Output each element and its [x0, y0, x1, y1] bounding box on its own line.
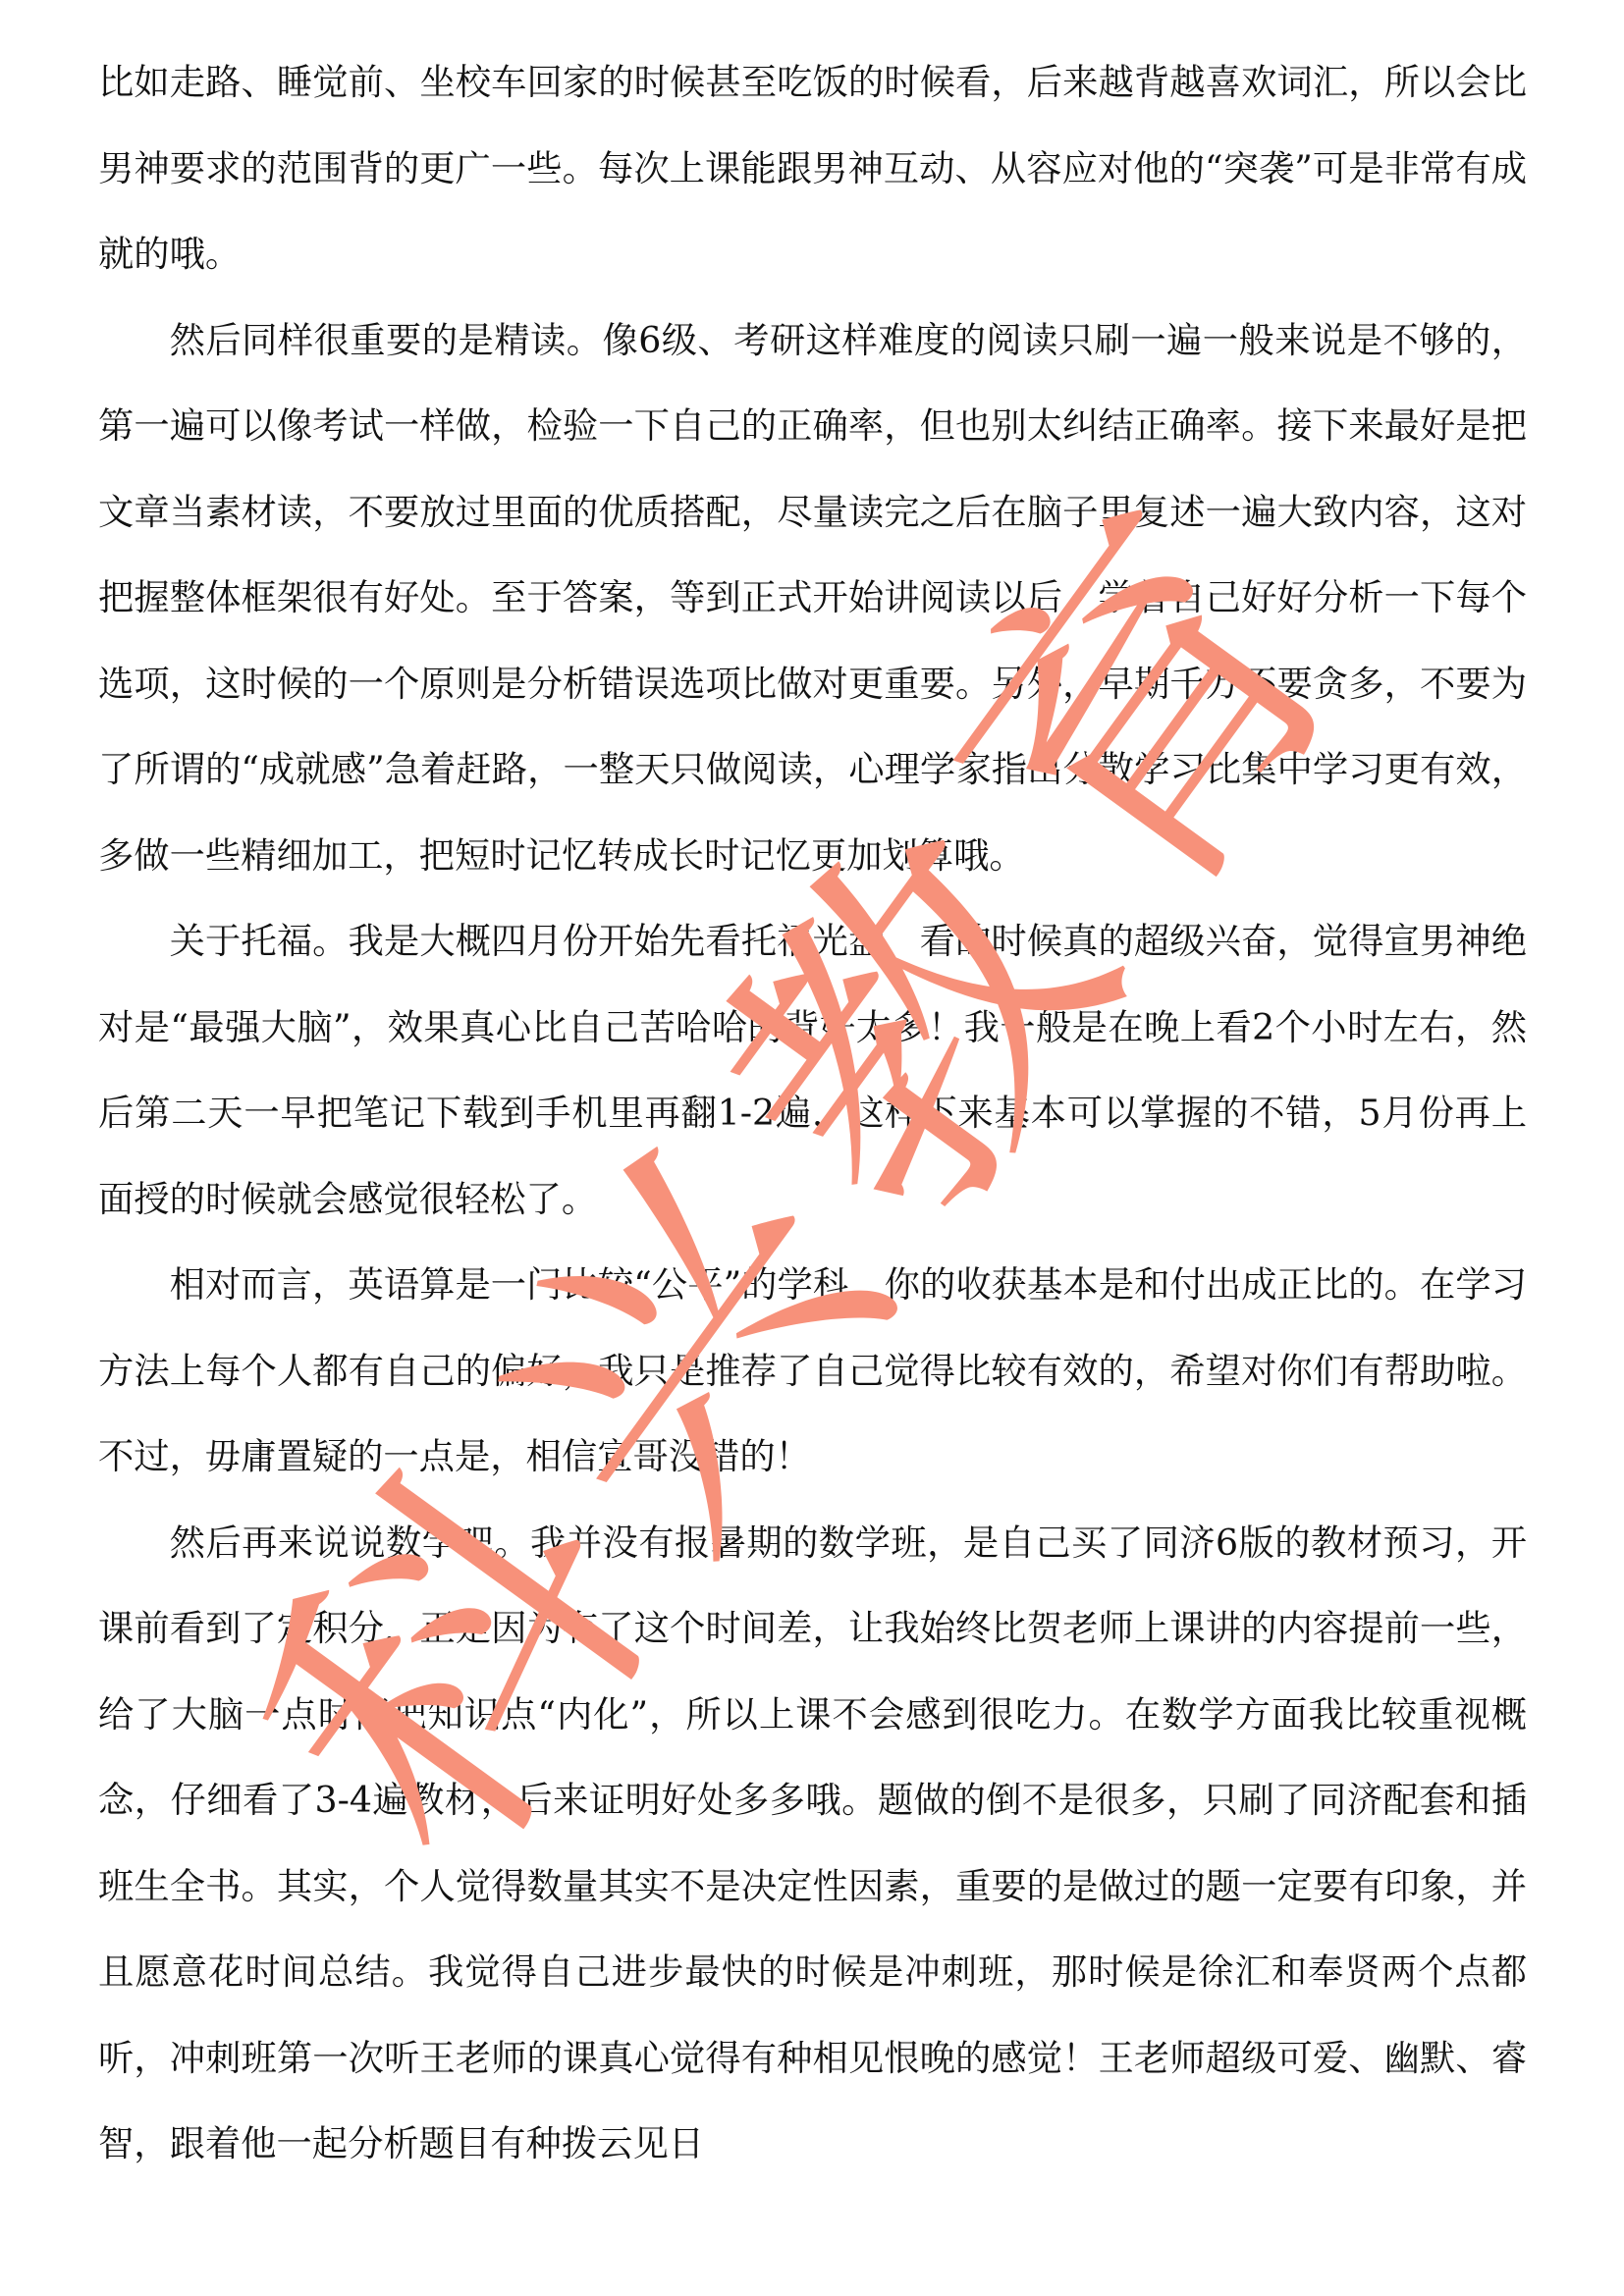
paragraph-intensive-reading: 然后同样很重要的是精读。像6级、考研这样难度的阅读只刷一遍一般来说是不够的，第一…	[98, 297, 1527, 899]
document-page: 比如走路、睡觉前、坐校车回家的时候甚至吃饭的时候看，后来越背越喜欢词汇，所以会比…	[0, 0, 1624, 2296]
paragraph-math: 然后再来说说数学吧。我并没有报暑期的数学班，是自己买了同济6版的教材预习，开课前…	[98, 1500, 1527, 2187]
paragraph-toefl: 关于托福。我是大概四月份开始先看托福光盘，看的时候真的超级兴奋，觉得宣男神绝对是…	[98, 898, 1527, 1242]
paragraph-english-summary: 相对而言，英语算是一门比较“公平”的学科，你的收获基本是和付出成正比的。在学习方…	[98, 1242, 1527, 1500]
paragraph-vocabulary: 比如走路、睡觉前、坐校车回家的时候甚至吃饭的时候看，后来越背越喜欢词汇，所以会比…	[98, 39, 1527, 297]
body-text: 比如走路、睡觉前、坐校车回家的时候甚至吃饭的时候看，后来越背越喜欢词汇，所以会比…	[98, 39, 1527, 2187]
